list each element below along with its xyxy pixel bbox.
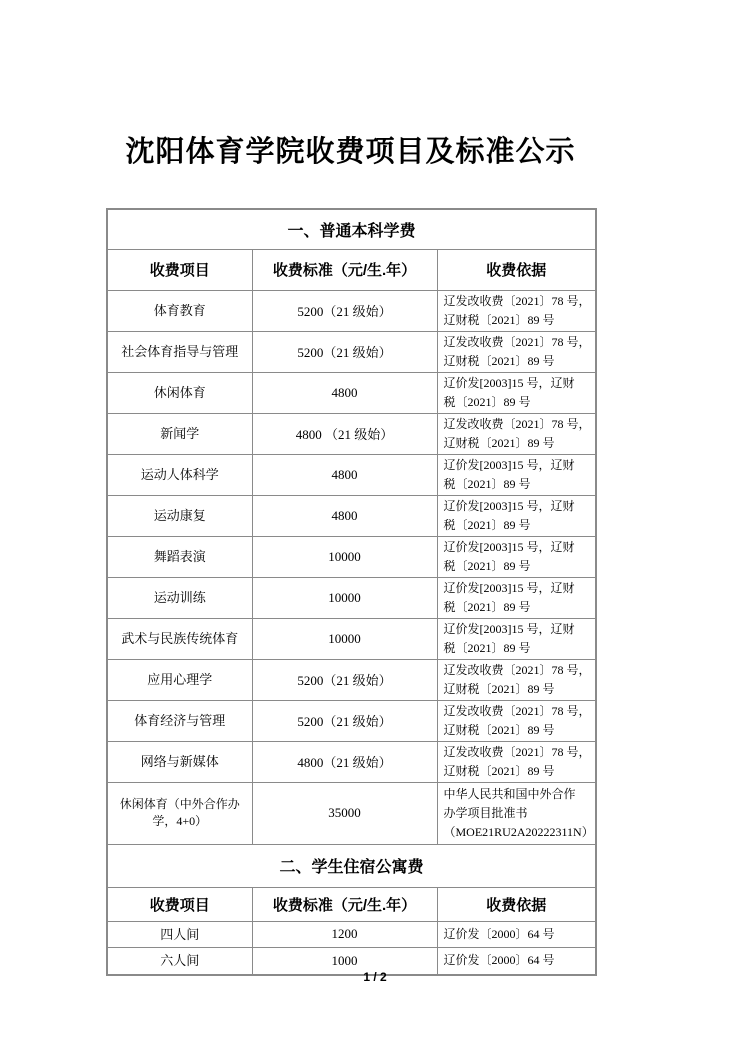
section1-title-row: 一、普通本科学费 (107, 209, 596, 249)
fee-basis: 辽价发〔2000〕64 号 (437, 921, 596, 947)
fee-standard: 4800 (252, 454, 437, 495)
column-header-basis: 收费依据 (437, 249, 596, 290)
section2-title: 二、学生住宿公寓费 (107, 844, 596, 887)
fee-standard: 10000 (252, 618, 437, 659)
fee-item: 网络与新媒体 (107, 741, 252, 782)
fee-standard: 10000 (252, 577, 437, 618)
table-row: 舞蹈表演 10000 辽价发[2003]15 号，辽财 税〔2021〕89 号 (107, 536, 596, 577)
fee-standard: 1200 (252, 921, 437, 947)
table-row: 新闻学 4800 （21 级始） 辽发改收费〔2021〕78 号， 辽财税〔20… (107, 413, 596, 454)
fee-basis: 辽价发[2003]15 号，辽财 税〔2021〕89 号 (437, 536, 596, 577)
fee-standard: 4800（21 级始） (252, 741, 437, 782)
fee-item: 舞蹈表演 (107, 536, 252, 577)
fee-basis: 辽价发[2003]15 号，辽财 税〔2021〕89 号 (437, 577, 596, 618)
fee-standard: 4800 (252, 372, 437, 413)
fee-item: 社会体育指导与管理 (107, 331, 252, 372)
fee-basis: 辽发改收费〔2021〕78 号， 辽财税〔2021〕89 号 (437, 741, 596, 782)
column-header-item: 收费项目 (107, 249, 252, 290)
column-header-basis: 收费依据 (437, 887, 596, 921)
fee-item: 应用心理学 (107, 659, 252, 700)
table-row: 社会体育指导与管理 5200（21 级始） 辽发改收费〔2021〕78 号， 辽… (107, 331, 596, 372)
fee-basis: 辽价发[2003]15 号，辽财 税〔2021〕89 号 (437, 618, 596, 659)
table-row: 武术与民族传统体育 10000 辽价发[2003]15 号，辽财 税〔2021〕… (107, 618, 596, 659)
table-row: 休闲体育（中外合作办 学，4+0） 35000 中华人民共和国中外合作 办学项目… (107, 782, 596, 844)
fee-standard: 5200（21 级始） (252, 700, 437, 741)
column-header-item: 收费项目 (107, 887, 252, 921)
fee-basis: 辽价发[2003]15 号，辽财 税〔2021〕89 号 (437, 495, 596, 536)
fee-item: 四人间 (107, 921, 252, 947)
fee-standard: 4800 (252, 495, 437, 536)
fee-item: 运动人体科学 (107, 454, 252, 495)
fee-standard: 4800 （21 级始） (252, 413, 437, 454)
fee-standard: 35000 (252, 782, 437, 844)
section2-title-row: 二、学生住宿公寓费 (107, 844, 596, 887)
fee-basis: 辽价发[2003]15 号，辽财 税〔2021〕89 号 (437, 454, 596, 495)
table-row: 体育教育 5200（21 级始） 辽发改收费〔2021〕78 号， 辽财税〔20… (107, 290, 596, 331)
table-row: 四人间 1200 辽价发〔2000〕64 号 (107, 921, 596, 947)
table-row: 运动康复 4800 辽价发[2003]15 号，辽财 税〔2021〕89 号 (107, 495, 596, 536)
table-row: 休闲体育 4800 辽价发[2003]15 号，辽财 税〔2021〕89 号 (107, 372, 596, 413)
fee-basis: 辽发改收费〔2021〕78 号， 辽财税〔2021〕89 号 (437, 413, 596, 454)
fee-item: 运动康复 (107, 495, 252, 536)
fee-basis: 辽价发[2003]15 号，辽财 税〔2021〕89 号 (437, 372, 596, 413)
fee-item: 运动训练 (107, 577, 252, 618)
fee-item: 体育教育 (107, 290, 252, 331)
fee-item: 武术与民族传统体育 (107, 618, 252, 659)
page-title: 沈阳体育学院收费项目及标准公示 (105, 129, 596, 170)
table-row: 运动训练 10000 辽价发[2003]15 号，辽财 税〔2021〕89 号 (107, 577, 596, 618)
table-row: 运动人体科学 4800 辽价发[2003]15 号，辽财 税〔2021〕89 号 (107, 454, 596, 495)
fee-standard: 5200（21 级始） (252, 290, 437, 331)
fee-basis: 辽发改收费〔2021〕78 号， 辽财税〔2021〕89 号 (437, 700, 596, 741)
fee-standard: 5200（21 级始） (252, 659, 437, 700)
fee-basis: 辽发改收费〔2021〕78 号， 辽财税〔2021〕89 号 (437, 659, 596, 700)
section1-title: 一、普通本科学费 (107, 209, 596, 249)
section2-header-row: 收费项目 收费标准（元/生.年） 收费依据 (107, 887, 596, 921)
page-number: 1 / 2 (0, 970, 750, 984)
section1-header-row: 收费项目 收费标准（元/生.年） 收费依据 (107, 249, 596, 290)
column-header-standard: 收费标准（元/生.年） (252, 887, 437, 921)
fee-item: 新闻学 (107, 413, 252, 454)
fee-standard: 10000 (252, 536, 437, 577)
table-row: 体育经济与管理 5200（21 级始） 辽发改收费〔2021〕78 号， 辽财税… (107, 700, 596, 741)
fee-basis: 中华人民共和国中外合作 办学项目批准书 （MOE21RU2A20222311N） (437, 782, 596, 844)
fee-basis: 辽发改收费〔2021〕78 号， 辽财税〔2021〕89 号 (437, 331, 596, 372)
fee-item: 体育经济与管理 (107, 700, 252, 741)
fee-basis: 辽发改收费〔2021〕78 号， 辽财税〔2021〕89 号 (437, 290, 596, 331)
column-header-standard: 收费标准（元/生.年） (252, 249, 437, 290)
fee-standard: 5200（21 级始） (252, 331, 437, 372)
fee-table: 一、普通本科学费 收费项目 收费标准（元/生.年） 收费依据 体育教育 5200… (106, 208, 597, 976)
fee-item: 休闲体育（中外合作办 学，4+0） (107, 782, 252, 844)
table-row: 网络与新媒体 4800（21 级始） 辽发改收费〔2021〕78 号， 辽财税〔… (107, 741, 596, 782)
fee-item: 休闲体育 (107, 372, 252, 413)
table-row: 应用心理学 5200（21 级始） 辽发改收费〔2021〕78 号， 辽财税〔2… (107, 659, 596, 700)
